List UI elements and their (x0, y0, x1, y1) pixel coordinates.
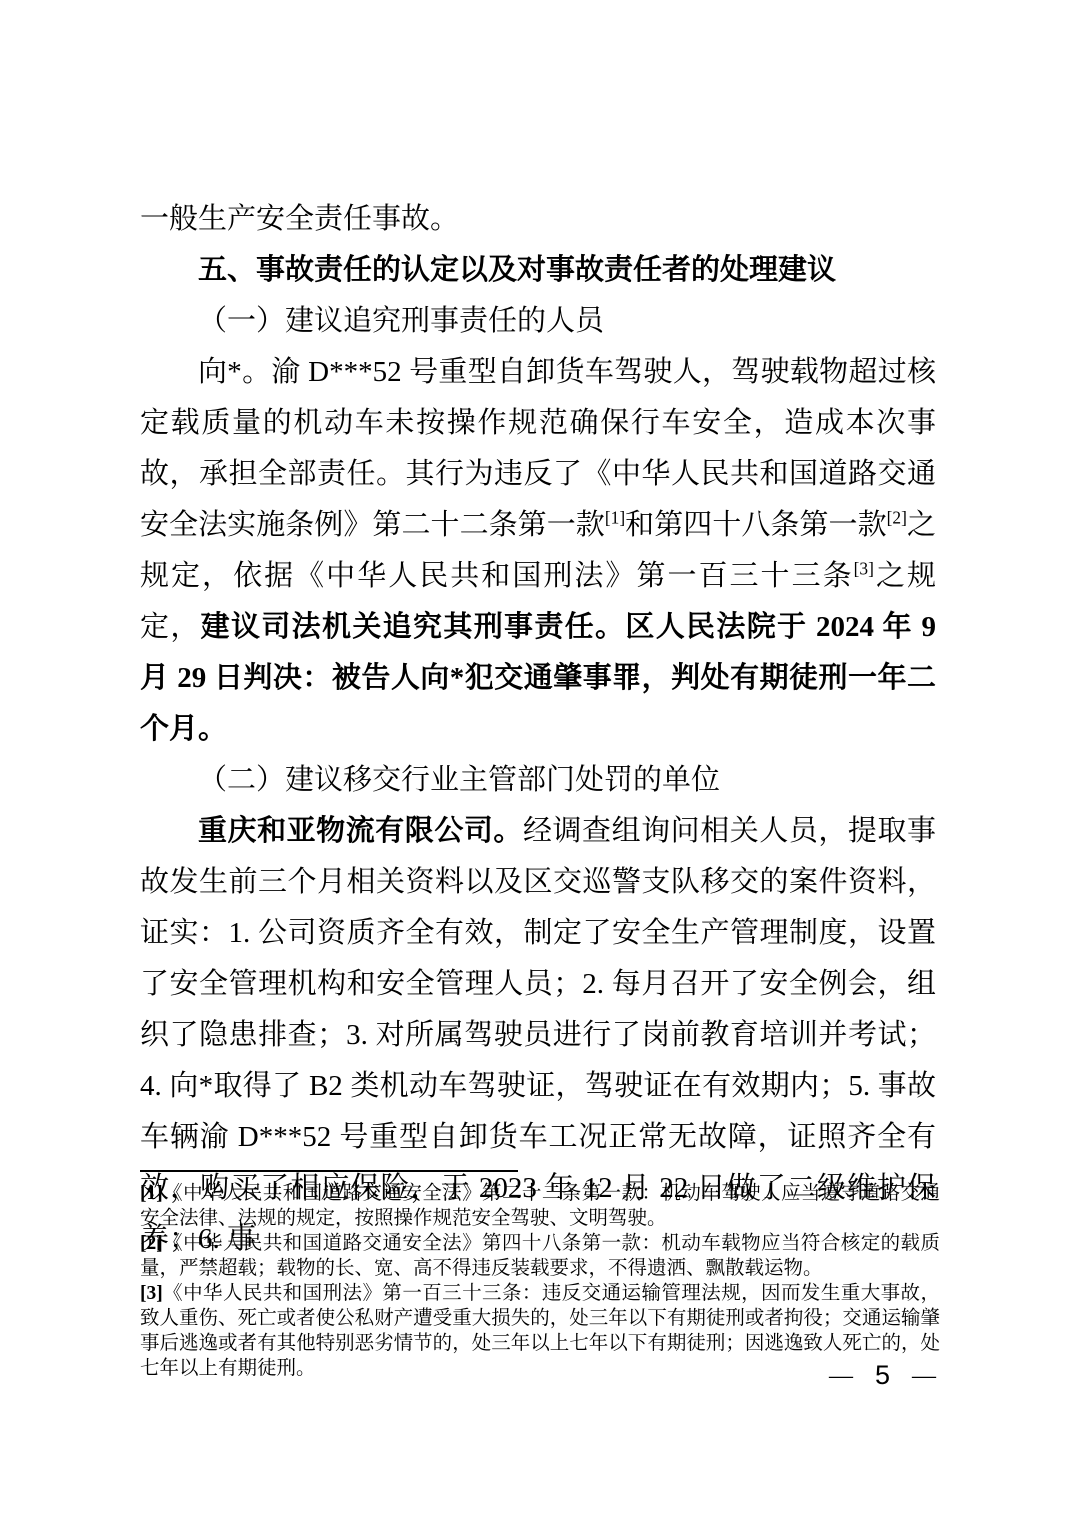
footnote-3-text: 《中华人民共和国刑法》第一百三十三条：违反交通运输管理法规，因而发生重大事故，致… (140, 1283, 940, 1379)
footnote-2-marker: [2] (140, 1233, 163, 1254)
section-heading-text: 五、事故责任的认定以及对事故责任者的处理建议 (198, 254, 836, 286)
company-name-bold-run: 重庆和亚物流有限公司。 (198, 815, 523, 847)
footnote-ref-2: [2] (887, 507, 907, 527)
paragraph-criminal-liability: 向*。渝 D***52 号重型自卸货车驾驶人，驾驶载物超过核定载质量的机动车未按… (140, 347, 936, 755)
footnote-1-marker: [1] (140, 1183, 163, 1204)
footnote-1-text: 《中华人民共和国道路交通安全法》第二十二条第一款：机动车驾驶人应当遵守道路交通安… (140, 1183, 940, 1229)
page-number-dash-left: — (829, 1364, 853, 1388)
section-heading: 五、事故责任的认定以及对事故责任者的处理建议 (140, 245, 936, 296)
document-body: 一般生产安全责任事故。 五、事故责任的认定以及对事故责任者的处理建议 （一）建议… (140, 194, 936, 1265)
footnotes-section: [1]《中华人民共和国道路交通安全法》第二十二条第一款：机动车驾驶人应当遵守道路… (140, 1170, 940, 1381)
paragraph-run: 一般生产安全责任事故。 (140, 203, 459, 235)
document-page: 一般生产安全责任事故。 五、事故责任的认定以及对事故责任者的处理建议 （一）建议… (0, 0, 1074, 1520)
paragraph-run: 和第四十八条第一款 (625, 509, 887, 541)
paragraph-continuation: 一般生产安全责任事故。 (140, 194, 936, 245)
verdict-bold-run: 建议司法机关追究其刑事责任。区人民法院于 2024 年 9 月 29 日判决：被… (140, 611, 936, 745)
page-number-value: 5 (875, 1362, 890, 1389)
footnote-2: [2]《中华人民共和国道路交通安全法》第四十八条第一款：机动车载物应当符合核定的… (140, 1231, 940, 1281)
subsection-heading-2-text: （二）建议移交行业主管部门处罚的单位 (198, 764, 720, 796)
subsection-heading-2: （二）建议移交行业主管部门处罚的单位 (140, 755, 936, 806)
footnote-3: [3]《中华人民共和国刑法》第一百三十三条：违反交通运输管理法规，因而发生重大事… (140, 1281, 940, 1381)
footnote-2-text: 《中华人民共和国道路交通安全法》第四十八条第一款：机动车载物应当符合核定的载质量… (140, 1233, 940, 1279)
footnote-ref-1: [1] (605, 507, 625, 527)
footnote-1: [1]《中华人民共和国道路交通安全法》第二十二条第一款：机动车驾驶人应当遵守道路… (140, 1181, 940, 1231)
footnote-separator (140, 1170, 518, 1172)
subsection-heading-1-text: （一）建议追究刑事责任的人员 (198, 305, 604, 337)
page-number-dash-right: — (912, 1364, 936, 1388)
footnote-3-marker: [3] (140, 1283, 163, 1304)
page-number: — 5 — (829, 1362, 936, 1389)
subsection-heading-1: （一）建议追究刑事责任的人员 (140, 296, 936, 347)
footnote-ref-3: [3] (854, 558, 874, 578)
